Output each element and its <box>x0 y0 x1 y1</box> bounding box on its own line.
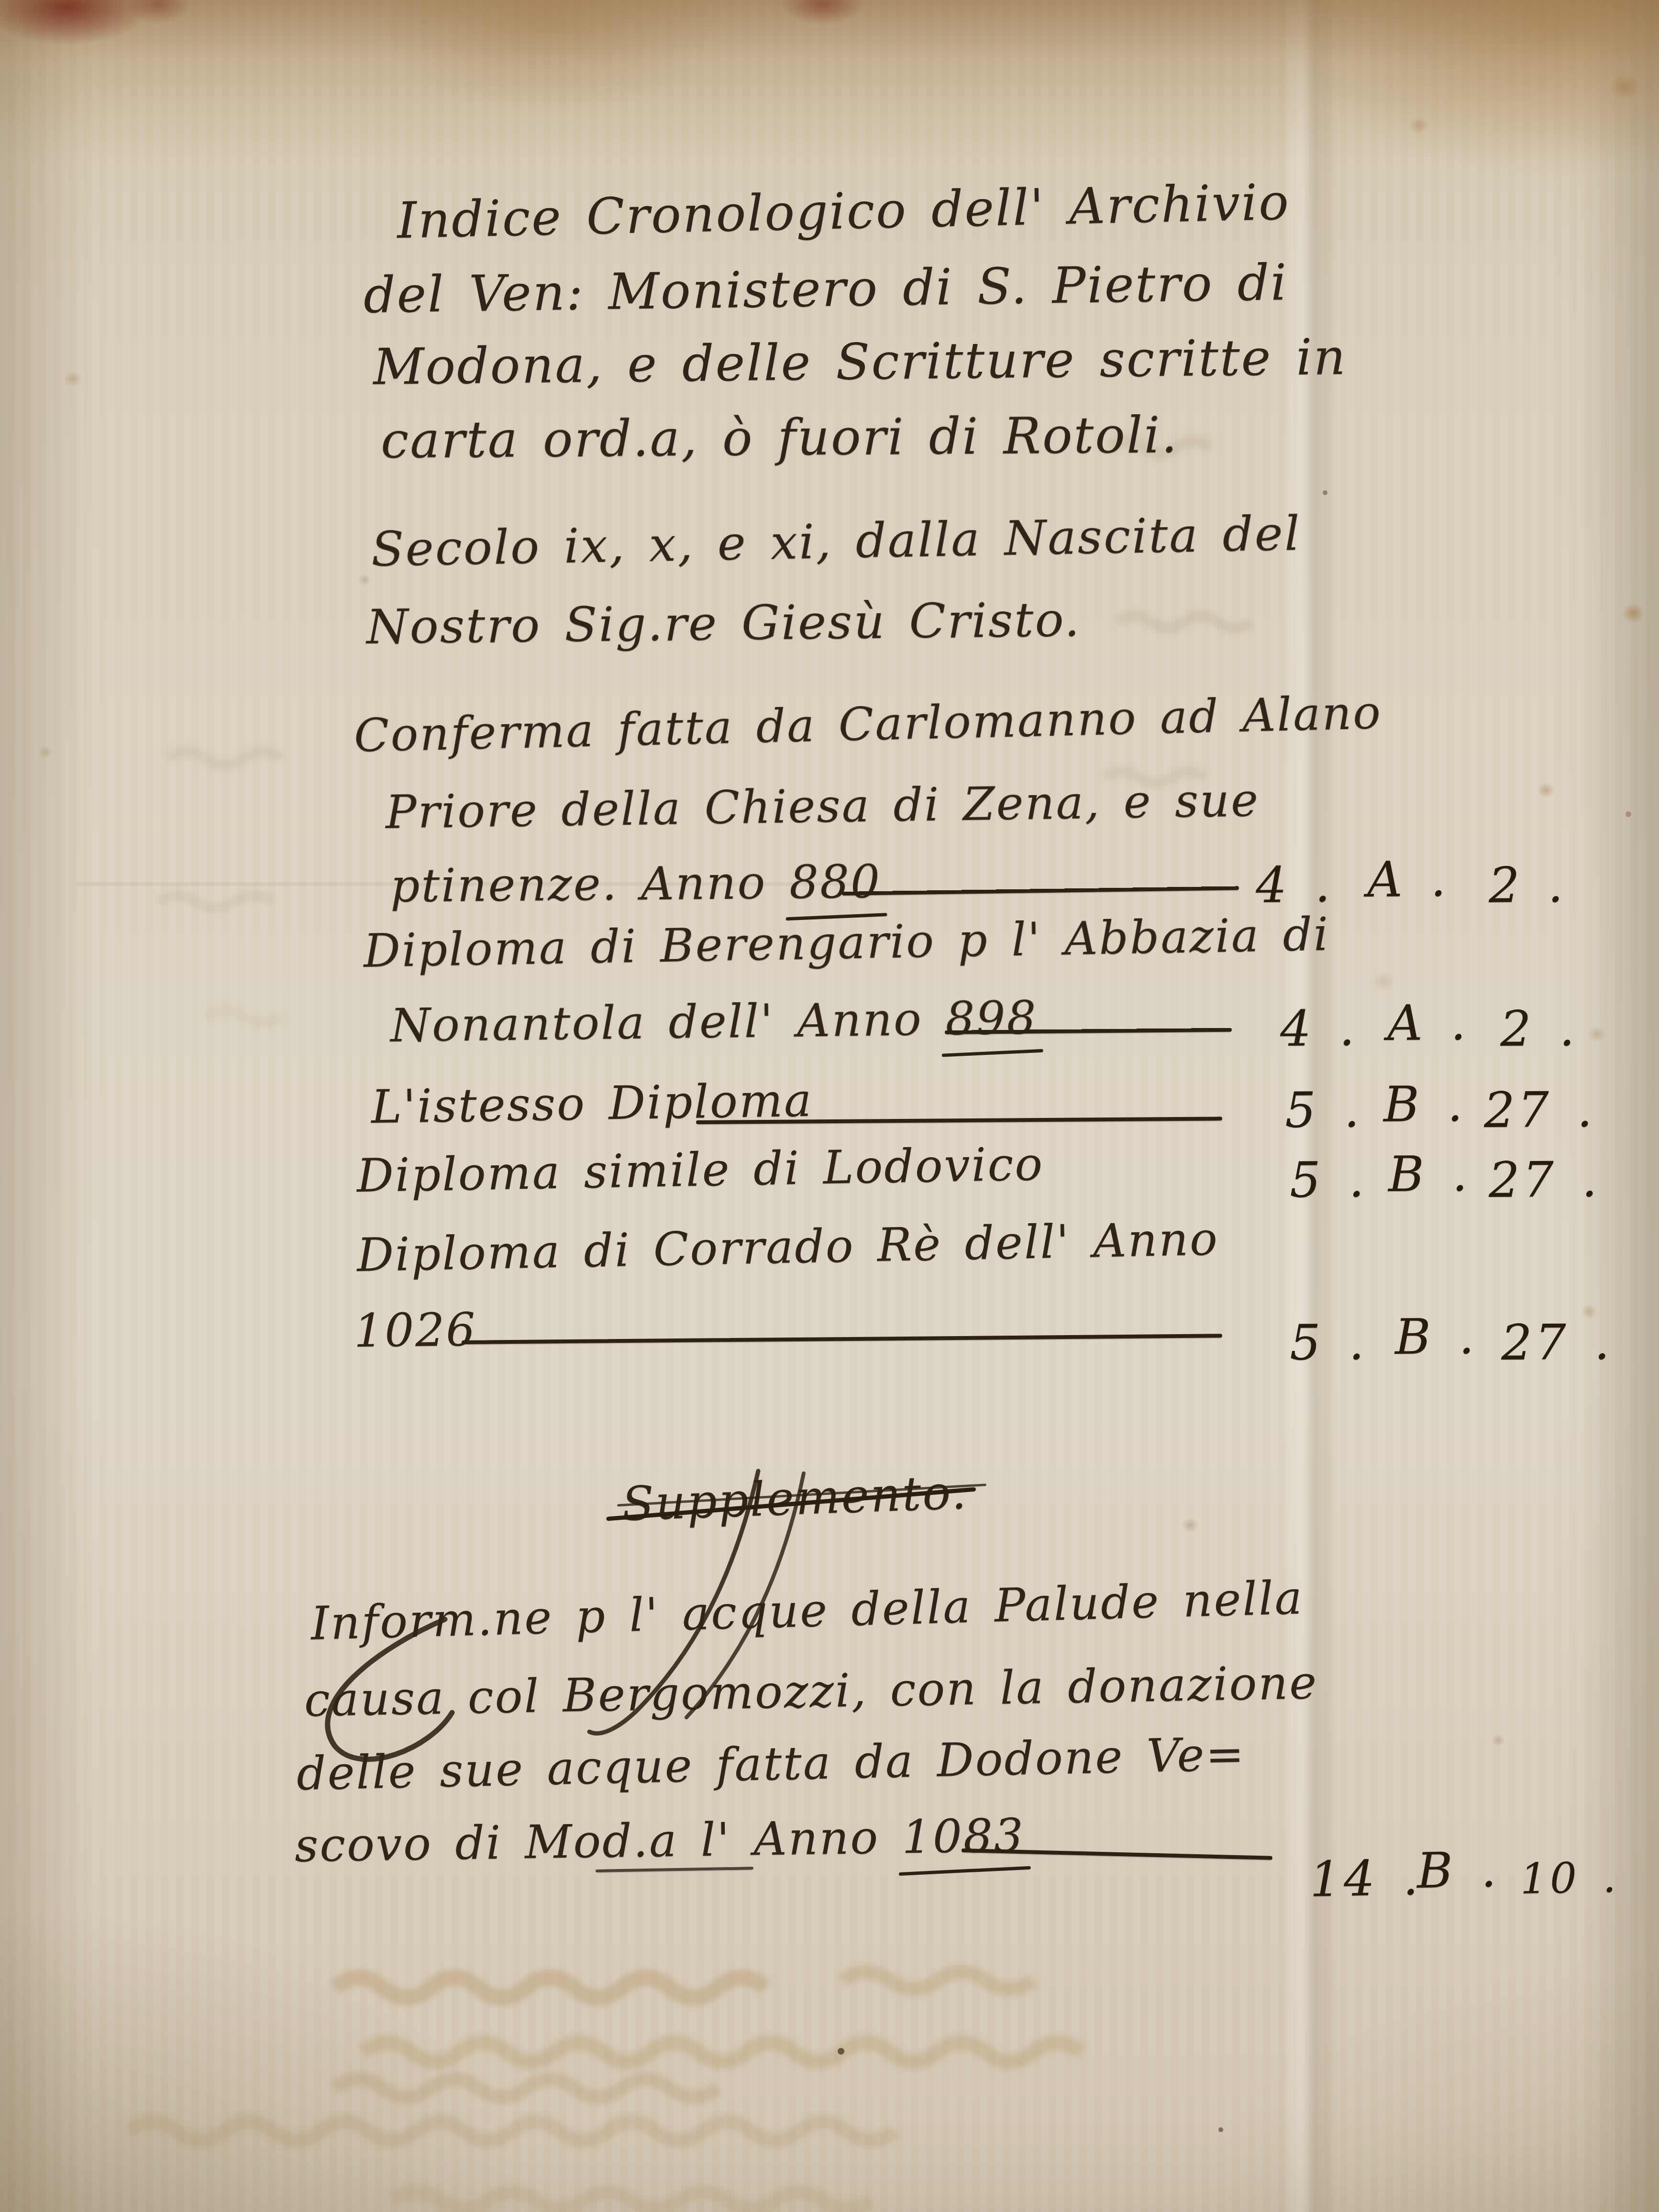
entry1-ref-number: 2 . <box>1488 857 1566 914</box>
entry4-ref-letter: B . <box>1388 1146 1471 1203</box>
entry3-ref-letter: B . <box>1383 1076 1466 1133</box>
manuscript-page: Indice Cronologico dell' Archivio del Ve… <box>0 0 1659 2212</box>
entry1-line-3: ptinenze. Anno 880 <box>390 855 882 913</box>
entry3-line-1: L'istesso Diploma <box>371 1073 813 1134</box>
entry4-ref-volume: 5 . <box>1290 1151 1368 1209</box>
entry2-ref-number: 2 . <box>1500 1000 1578 1058</box>
entry2-year-underlined: 898 <box>945 991 1038 1045</box>
entry2-ref-volume: 4 . <box>1280 1000 1358 1058</box>
supplement-ref-volume: 14 . <box>1309 1849 1422 1908</box>
supplement-year-underlined: 1083 <box>902 1809 1025 1864</box>
entry3-ref-number: 27 . <box>1484 1081 1595 1139</box>
supplement-line-4-text: scovo di Mod.a l' Anno <box>294 1810 902 1872</box>
supplement-line-4: scovo di Mod.a l' Anno 1083 <box>294 1809 1025 1872</box>
subtitle-line-2: Nostro Sig.re Giesù Cristo. <box>366 591 1081 655</box>
entry5-ref-letter: B . <box>1395 1308 1478 1366</box>
title-line-3: Modona, e delle Scritture scritte in <box>373 328 1347 396</box>
entry1-year-underlined: 880 <box>789 855 881 909</box>
entry3-ref-volume: 5 . <box>1285 1082 1363 1139</box>
entry1-ref-volume: 4 . <box>1255 857 1333 914</box>
supplement-ref-letter: B . <box>1416 1841 1500 1900</box>
supplement-ref-number: 10 . <box>1520 1852 1619 1903</box>
title-line-4: carta ord.a, ò fuori di Rotoli. <box>381 406 1179 470</box>
entry1-ref-letter: A . <box>1367 851 1449 908</box>
entry2-line-2-text: Nonantola dell' Anno <box>390 992 946 1052</box>
entry1-line-3-text: ptinenze. Anno <box>390 856 790 913</box>
entry5-ref-volume: 5 . <box>1290 1314 1368 1371</box>
entry2-line-2: Nonantola dell' Anno 898 <box>390 991 1038 1052</box>
bleedthrough-rows <box>129 1972 1081 2209</box>
entry5-ref-number: 27 . <box>1501 1314 1613 1371</box>
entry5-line-2: 1026 <box>354 1303 476 1358</box>
entry2-ref-letter: A . <box>1387 995 1469 1052</box>
entry4-ref-number: 27 . <box>1489 1151 1600 1209</box>
